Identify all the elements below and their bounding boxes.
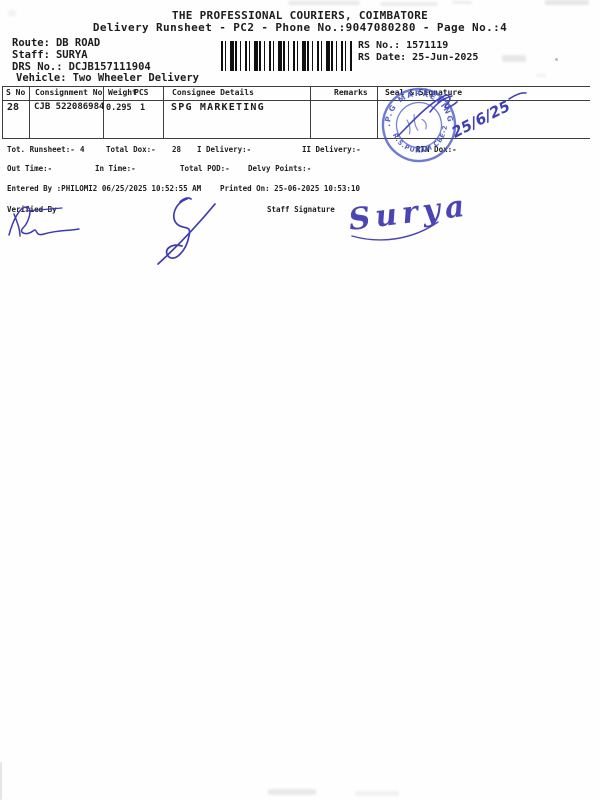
total-pod-label: Total POD:-: [180, 165, 230, 173]
row-pcs: 1: [140, 104, 145, 113]
rs-no-value: 1571119: [406, 40, 448, 51]
row-s-no: 28: [7, 103, 19, 113]
scan-artifact: [452, 1, 472, 4]
rs-date-label: RS Date:: [358, 52, 406, 63]
staff-value: SURYA: [56, 49, 88, 61]
scan-artifact: [380, 2, 438, 6]
barcode-icon: [221, 41, 352, 71]
scan-artifact: [555, 58, 558, 61]
in-time-label: In Time:-: [95, 165, 136, 173]
rtn-dox-label: RTN Dox:-: [416, 146, 457, 154]
table-border: [103, 86, 104, 138]
vehicle-value: Two Wheeler Delivery: [73, 72, 199, 84]
staff-signature-name: Surya: [347, 188, 472, 238]
row-weight: 0.295: [106, 104, 132, 113]
seal-signature-ink: [398, 95, 457, 136]
table-border: [2, 100, 590, 101]
entered-by-line: Entered By :PHILOMI2 06/25/2025 10:52:55…: [7, 185, 201, 193]
verified-by-label: Verified By: [7, 206, 57, 214]
table-border: [2, 86, 590, 87]
scanned-delivery-runsheet: THE PROFESSIONAL COURIERS, COIMBATORE De…: [0, 0, 600, 800]
i-delivery-label: I Delivery:-: [197, 146, 251, 154]
col-header-s-no: S No: [6, 89, 25, 97]
page-title: THE PROFESSIONAL COURIERS, COIMBATORE: [0, 10, 600, 21]
staff-signature-ink: Surya: [347, 188, 472, 239]
route-field: Route:DB ROAD: [12, 38, 100, 49]
route-label: Route:: [12, 37, 50, 49]
rs-date-value: 25-Jun-2025: [412, 52, 478, 63]
table-border: [2, 138, 590, 139]
table-border: [2, 86, 3, 138]
tot-runsheet-label: Tot. Runsheet:-: [7, 146, 75, 154]
total-dox-label: Total Dox:-: [106, 146, 156, 154]
staff-label: Staff:: [12, 49, 50, 61]
col-header-seal-signature: Seal & Signature: [385, 89, 462, 97]
col-header-remarks: Remarks: [334, 89, 368, 97]
scan-artifact: [536, 74, 546, 77]
table-border: [377, 86, 378, 138]
handwritten-date-text: 25/6/25: [449, 97, 513, 142]
col-header-weight: Weight: [108, 89, 137, 97]
center-signature-ink: [158, 198, 215, 264]
scan-artifact: [0, 762, 2, 800]
table-border: [163, 86, 164, 138]
scan-artifact: [355, 791, 399, 796]
out-time-label: Out Time:-: [7, 165, 52, 173]
col-header-pcs: PCS: [134, 89, 148, 97]
rs-date-field: RS Date:25-Jun-2025: [358, 53, 478, 63]
col-header-consignee-details: Consignee Details: [172, 89, 254, 97]
stamp-center-scribble: [406, 113, 427, 134]
scan-artifact: [545, 0, 589, 5]
table-border: [29, 86, 30, 138]
page-subtitle: Delivery Runsheet - PC2 - Phone No.:9047…: [0, 22, 600, 33]
staff-signature-label: Staff Signature: [267, 206, 335, 214]
delvy-points-label: Delvy Points:-: [248, 165, 311, 173]
ii-delivery-label: II Delivery:-: [302, 146, 361, 154]
tot-runsheet-value: 4: [80, 146, 85, 154]
total-dox-value: 28: [172, 146, 181, 154]
route-value: DB ROAD: [56, 37, 100, 49]
staff-field: Staff:SURYA: [12, 50, 88, 61]
scan-artifact: [502, 55, 526, 62]
drs-no-field: DRS No.:DCJB157111904: [12, 62, 151, 73]
scan-artifact: [288, 1, 360, 5]
row-consignee: SPG MARKETING: [171, 103, 265, 113]
row-consignment-no: CJB 522086984: [34, 103, 104, 112]
printed-on-line: Printed On: 25-06-2025 10:53:10: [220, 185, 360, 193]
col-header-consignment-no: Consignment No: [35, 89, 102, 97]
vehicle-label: Vehicle:: [16, 72, 67, 84]
rs-no-field: RS No.:1571119: [358, 41, 448, 51]
table-border: [310, 86, 311, 138]
rs-no-label: RS No.:: [358, 40, 400, 51]
vehicle-field: Vehicle:Two Wheeler Delivery: [16, 73, 199, 84]
scan-artifact: [268, 789, 316, 795]
